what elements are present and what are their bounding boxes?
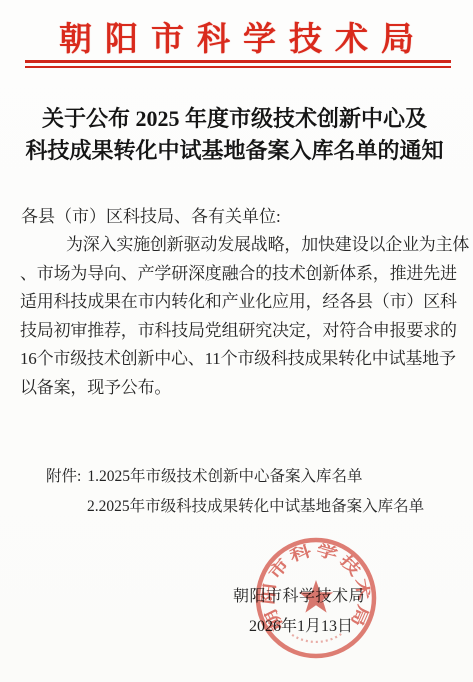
attachment-item-2: 2.2025年市级科技成果转化中试基地备案入库名单 (46, 492, 424, 522)
attachments-label: 附件: (46, 468, 81, 485)
body-line: 为深入实施创新驱动发展战略，加快建设以企业为主体 (20, 231, 457, 260)
title-line-2: 科技成果转化中试基地备案入库名单的通知 (0, 135, 469, 167)
salutation: 各县（市）区科技局、各有关单位: (21, 202, 281, 227)
body-line: 技局初审推荐，市科技局党组研究决定，对符合申报要求的 (20, 317, 457, 346)
attachment-line-1: 附件:1.2025年市级技术创新中心备案入库名单 (46, 462, 424, 492)
body-line: 、市场为导向、产学研深度融合的技术创新体系，推进先进 (20, 260, 457, 289)
letterhead-agency-name: 朝阳市科学技术局 (0, 13, 473, 60)
document-title: 关于公布 2025 年度市级技术创新中心及 科技成果转化中试基地备案入库名单的通… (0, 103, 469, 167)
body-line: 以备案，现予公布。 (20, 374, 457, 403)
document-page: 朝阳市科学技术局 关于公布 2025 年度市级技术创新中心及 科技成果转化中试基… (0, 0, 473, 682)
body-paragraph: 为深入实施创新驱动发展战略，加快建设以企业为主体 、市场为导向、产学研深度融合的… (20, 231, 457, 402)
body-line: 16个市级技术创新中心、11个市级科技成果转化中试基地予 (20, 345, 457, 374)
attachment-item-1: 1.2025年市级技术创新中心备案入库名单 (87, 468, 362, 485)
title-line-1: 关于公布 2025 年度市级技术创新中心及 (0, 103, 469, 135)
letterhead-divider (25, 60, 451, 68)
attachments-block: 附件:1.2025年市级技术创新中心备案入库名单 2.2025年市级科技成果转化… (46, 462, 424, 521)
issue-date: 2026年1月13日 (249, 613, 353, 636)
body-line: 适用科技成果在市内转化和产业化应用，经各县（市）区科 (20, 288, 457, 317)
issuer-agency-name: 朝阳市科学技术局 (233, 583, 365, 606)
